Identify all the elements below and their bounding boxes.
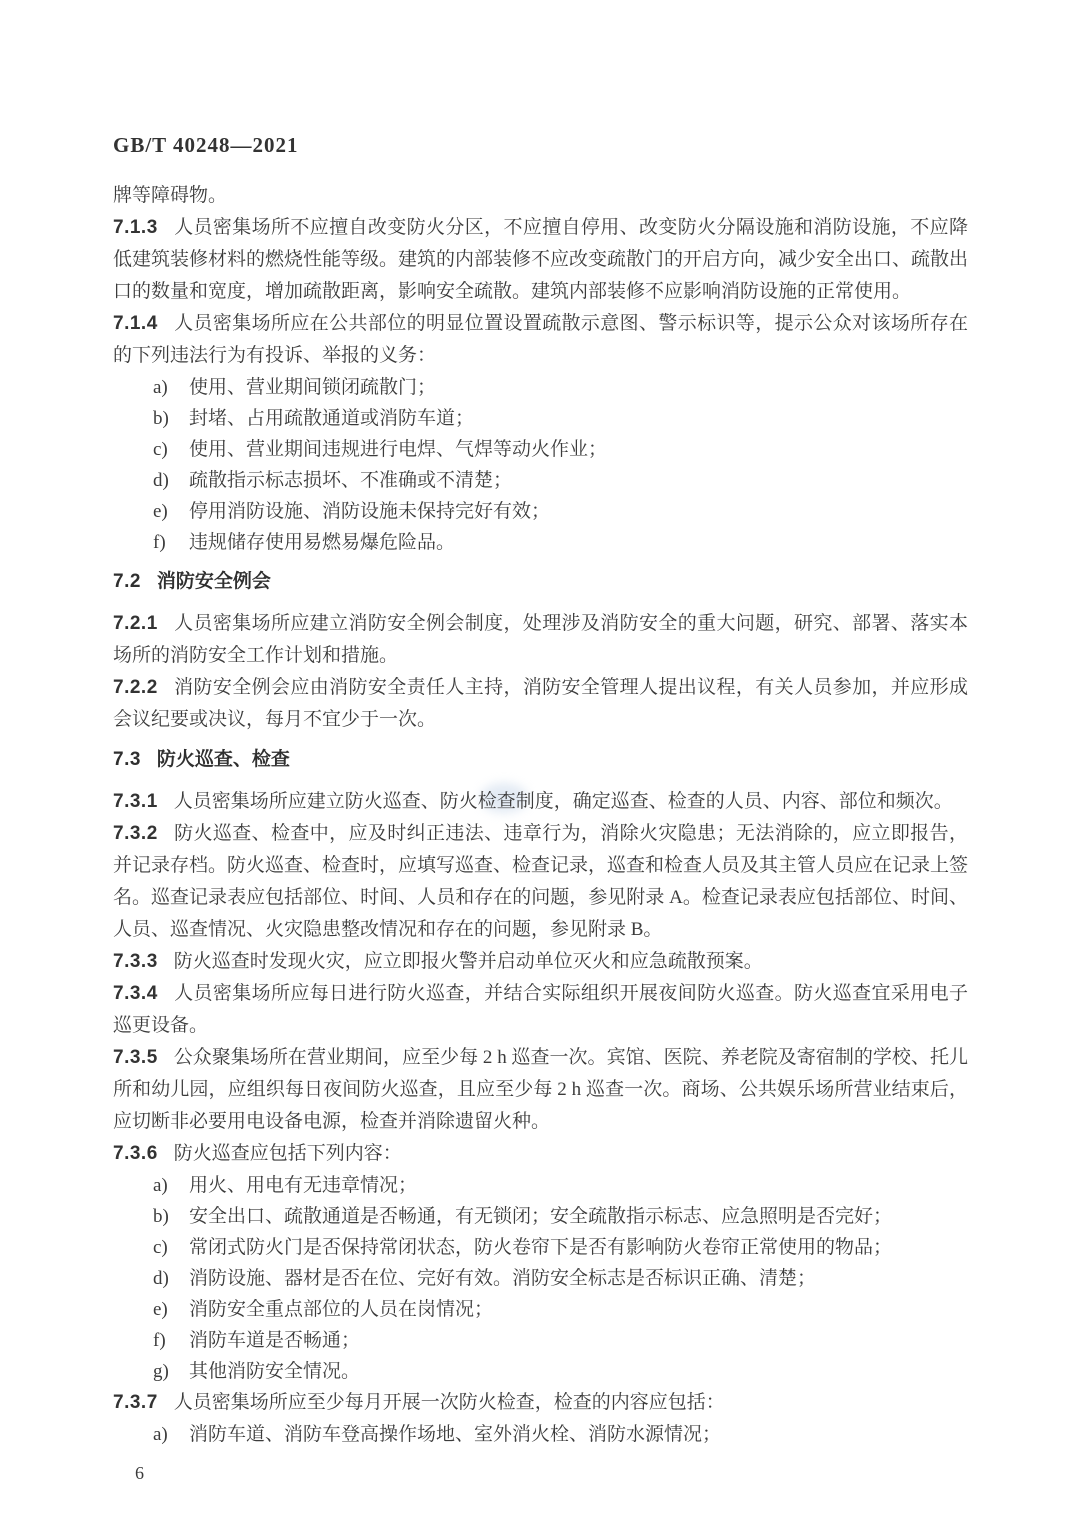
list-item: f)消防车道是否畅通；: [113, 1325, 968, 1356]
clause-7-1-4: 7.1.4人员密集场所应在公共部位的明显位置设置疏散示意图、警示标识等，提示公众…: [113, 308, 968, 372]
list-item-label: a): [153, 1170, 189, 1201]
clause-text: 人员密集场所应建立防火巡查、防火检查制度，确定巡查、检查的人员、内容、部位和频次…: [174, 791, 953, 812]
list-item-label: c): [153, 434, 189, 465]
list-item-text: 封堵、占用疏散通道或消防车道；: [189, 408, 474, 429]
list-item-label: f): [153, 1325, 189, 1356]
list-item-text: 使用、营业期间锁闭疏散门；: [189, 377, 436, 398]
document-page: GB/T 40248—2021 牌等障碍物。 7.1.3人员密集场所不应擅自改变…: [0, 0, 1080, 1527]
list-item: e)消防安全重点部位的人员在岗情况；: [113, 1294, 968, 1325]
list-item: c)常闭式防火门是否保持常闭状态，防火卷帘下是否有影响防火卷帘正常使用的物品；: [113, 1232, 968, 1263]
clause-text: 人员密集场所应至少每月开展一次防火检查，检查的内容应包括：: [174, 1392, 725, 1413]
list-item-text: 使用、营业期间违规进行电焊、气焊等动火作业；: [189, 439, 607, 460]
clause-number: 7.2.1: [113, 613, 158, 634]
list-item-label: d): [153, 465, 189, 496]
list-item: a)使用、营业期间锁闭疏散门；: [113, 372, 968, 403]
list-item: f)违规储存使用易燃易爆危险品。: [113, 527, 968, 558]
clause-number: 7.3.4: [113, 983, 158, 1004]
clause-7-3-5: 7.3.5公众聚集场所在营业期间，应至少每 2 h 巡查一次。宾馆、医院、养老院…: [113, 1042, 968, 1138]
clause-text: 消防安全例会应由消防安全责任人主持，消防安全管理人提出议程，有关人员参加，并应形…: [113, 677, 968, 730]
list-item-label: c): [153, 1232, 189, 1263]
list-item: b)安全出口、疏散通道是否畅通，有无锁闭；安全疏散指示标志、应急照明是否完好；: [113, 1201, 968, 1232]
section-title: 消防安全例会: [157, 571, 271, 592]
clause-7-3-1: 7.3.1人员密集场所应建立防火巡查、防火检查制度，确定巡查、检查的人员、内容、…: [113, 786, 968, 818]
clause-number: 7.3.2: [113, 823, 158, 844]
list-item: a)消防车道、消防车登高操作场地、室外消火栓、消防水源情况；: [113, 1419, 968, 1450]
list-item-text: 违规储存使用易燃易爆危险品。: [189, 532, 455, 553]
clause-text: 人员密集场所不应擅自改变防火分区，不应擅自停用、改变防火分隔设施和消防设施，不应…: [113, 217, 968, 302]
list-item-label: a): [153, 372, 189, 403]
list-item-text: 消防安全重点部位的人员在岗情况；: [189, 1299, 493, 1320]
list-item-label: e): [153, 496, 189, 527]
clause-number: 7.3.3: [113, 951, 158, 972]
section-number: 7.3: [113, 749, 141, 770]
clause-7-1-3: 7.1.3人员密集场所不应擅自改变防火分区，不应擅自停用、改变防火分隔设施和消防…: [113, 212, 968, 308]
list-item-label: b): [153, 1201, 189, 1232]
list-item-text: 安全出口、疏散通道是否畅通，有无锁闭；安全疏散指示标志、应急照明是否完好；: [189, 1206, 892, 1227]
list-item: a)用火、用电有无违章情况；: [113, 1170, 968, 1201]
clause-7-3-4: 7.3.4人员密集场所应每日进行防火巡查，并结合实际组织开展夜间防火巡查。防火巡…: [113, 978, 968, 1042]
list-item-text: 疏散指示标志损坏、不准确或不清楚；: [189, 470, 512, 491]
list-item: b)封堵、占用疏散通道或消防车道；: [113, 403, 968, 434]
clause-number: 7.3.1: [113, 791, 158, 812]
list-item-label: g): [153, 1356, 189, 1387]
list-item-label: f): [153, 527, 189, 558]
clause-number: 7.2.2: [113, 677, 158, 698]
clause-7-3-7: 7.3.7人员密集场所应至少每月开展一次防火检查，检查的内容应包括：: [113, 1387, 968, 1419]
list-item-label: a): [153, 1419, 189, 1450]
clause-7-2-1: 7.2.1人员密集场所应建立消防安全例会制度，处理涉及消防安全的重大问题，研究、…: [113, 608, 968, 672]
list-item: d)消防设施、器材是否在位、完好有效。消防安全标志是否标识正确、清楚；: [113, 1263, 968, 1294]
list-item-label: d): [153, 1263, 189, 1294]
list-item-text: 停用消防设施、消防设施未保持完好有效；: [189, 501, 550, 522]
list-item-text: 常闭式防火门是否保持常闭状态，防火卷帘下是否有影响防火卷帘正常使用的物品；: [189, 1237, 892, 1258]
list-item-text: 消防车道、消防车登高操作场地、室外消火栓、消防水源情况；: [189, 1424, 721, 1445]
clause-number: 7.3.5: [113, 1047, 158, 1068]
list-item: g)其他消防安全情况。: [113, 1356, 968, 1387]
clause-7-3-6: 7.3.6防火巡查应包括下列内容：: [113, 1138, 968, 1170]
list-item-label: e): [153, 1294, 189, 1325]
list-item-text: 消防车道是否畅通；: [189, 1330, 360, 1351]
clause-text: 人员密集场所应在公共部位的明显位置设置疏散示意图、警示标识等，提示公众对该场所存…: [113, 313, 968, 366]
list-item-text: 用火、用电有无违章情况；: [189, 1175, 417, 1196]
list-item-text: 其他消防安全情况。: [189, 1361, 360, 1382]
paragraph-continuation: 牌等障碍物。: [113, 180, 968, 212]
page-number: 6: [135, 1460, 968, 1486]
clause-7-3-3: 7.3.3防火巡查时发现火灾，应立即报火警并启动单位灭火和应急疏散预案。: [113, 946, 968, 978]
list-item-label: b): [153, 403, 189, 434]
section-heading-7-3: 7.3防火巡查、检查: [113, 744, 968, 776]
clause-7-2-2: 7.2.2消防安全例会应由消防安全责任人主持，消防安全管理人提出议程，有关人员参…: [113, 672, 968, 736]
clause-text: 人员密集场所应每日进行防火巡查，并结合实际组织开展夜间防火巡查。防火巡查宜采用电…: [113, 983, 968, 1036]
clause-number: 7.3.6: [113, 1143, 158, 1164]
section-number: 7.2: [113, 571, 141, 592]
clause-number: 7.1.4: [113, 313, 158, 334]
clause-text: 防火巡查应包括下列内容：: [174, 1143, 402, 1164]
clause-number: 7.1.3: [113, 217, 158, 238]
section-title: 防火巡查、检查: [157, 749, 290, 770]
clause-7-3-2: 7.3.2防火巡查、检查中，应及时纠正违法、违章行为，消除火灾隐患；无法消除的，…: [113, 818, 968, 946]
standard-code-header: GB/T 40248—2021: [113, 132, 968, 158]
clause-number: 7.3.7: [113, 1392, 158, 1413]
list-item-text: 消防设施、器材是否在位、完好有效。消防安全标志是否标识正确、清楚；: [189, 1268, 816, 1289]
list-item: c)使用、营业期间违规进行电焊、气焊等动火作业；: [113, 434, 968, 465]
list-item: e)停用消防设施、消防设施未保持完好有效；: [113, 496, 968, 527]
clause-text: 防火巡查时发现火灾，应立即报火警并启动单位灭火和应急疏散预案。: [174, 951, 763, 972]
clause-text: 公众聚集场所在营业期间，应至少每 2 h 巡查一次。宾馆、医院、养老院及寄宿制的…: [113, 1047, 968, 1132]
page-content: GB/T 40248—2021 牌等障碍物。 7.1.3人员密集场所不应擅自改变…: [113, 132, 968, 1486]
section-heading-7-2: 7.2消防安全例会: [113, 566, 968, 598]
clause-text: 防火巡查、检查中，应及时纠正违法、违章行为，消除火灾隐患；无法消除的，应立即报告…: [113, 823, 968, 940]
clause-text: 人员密集场所应建立消防安全例会制度，处理涉及消防安全的重大问题，研究、部署、落实…: [113, 613, 968, 666]
list-item: d)疏散指示标志损坏、不准确或不清楚；: [113, 465, 968, 496]
